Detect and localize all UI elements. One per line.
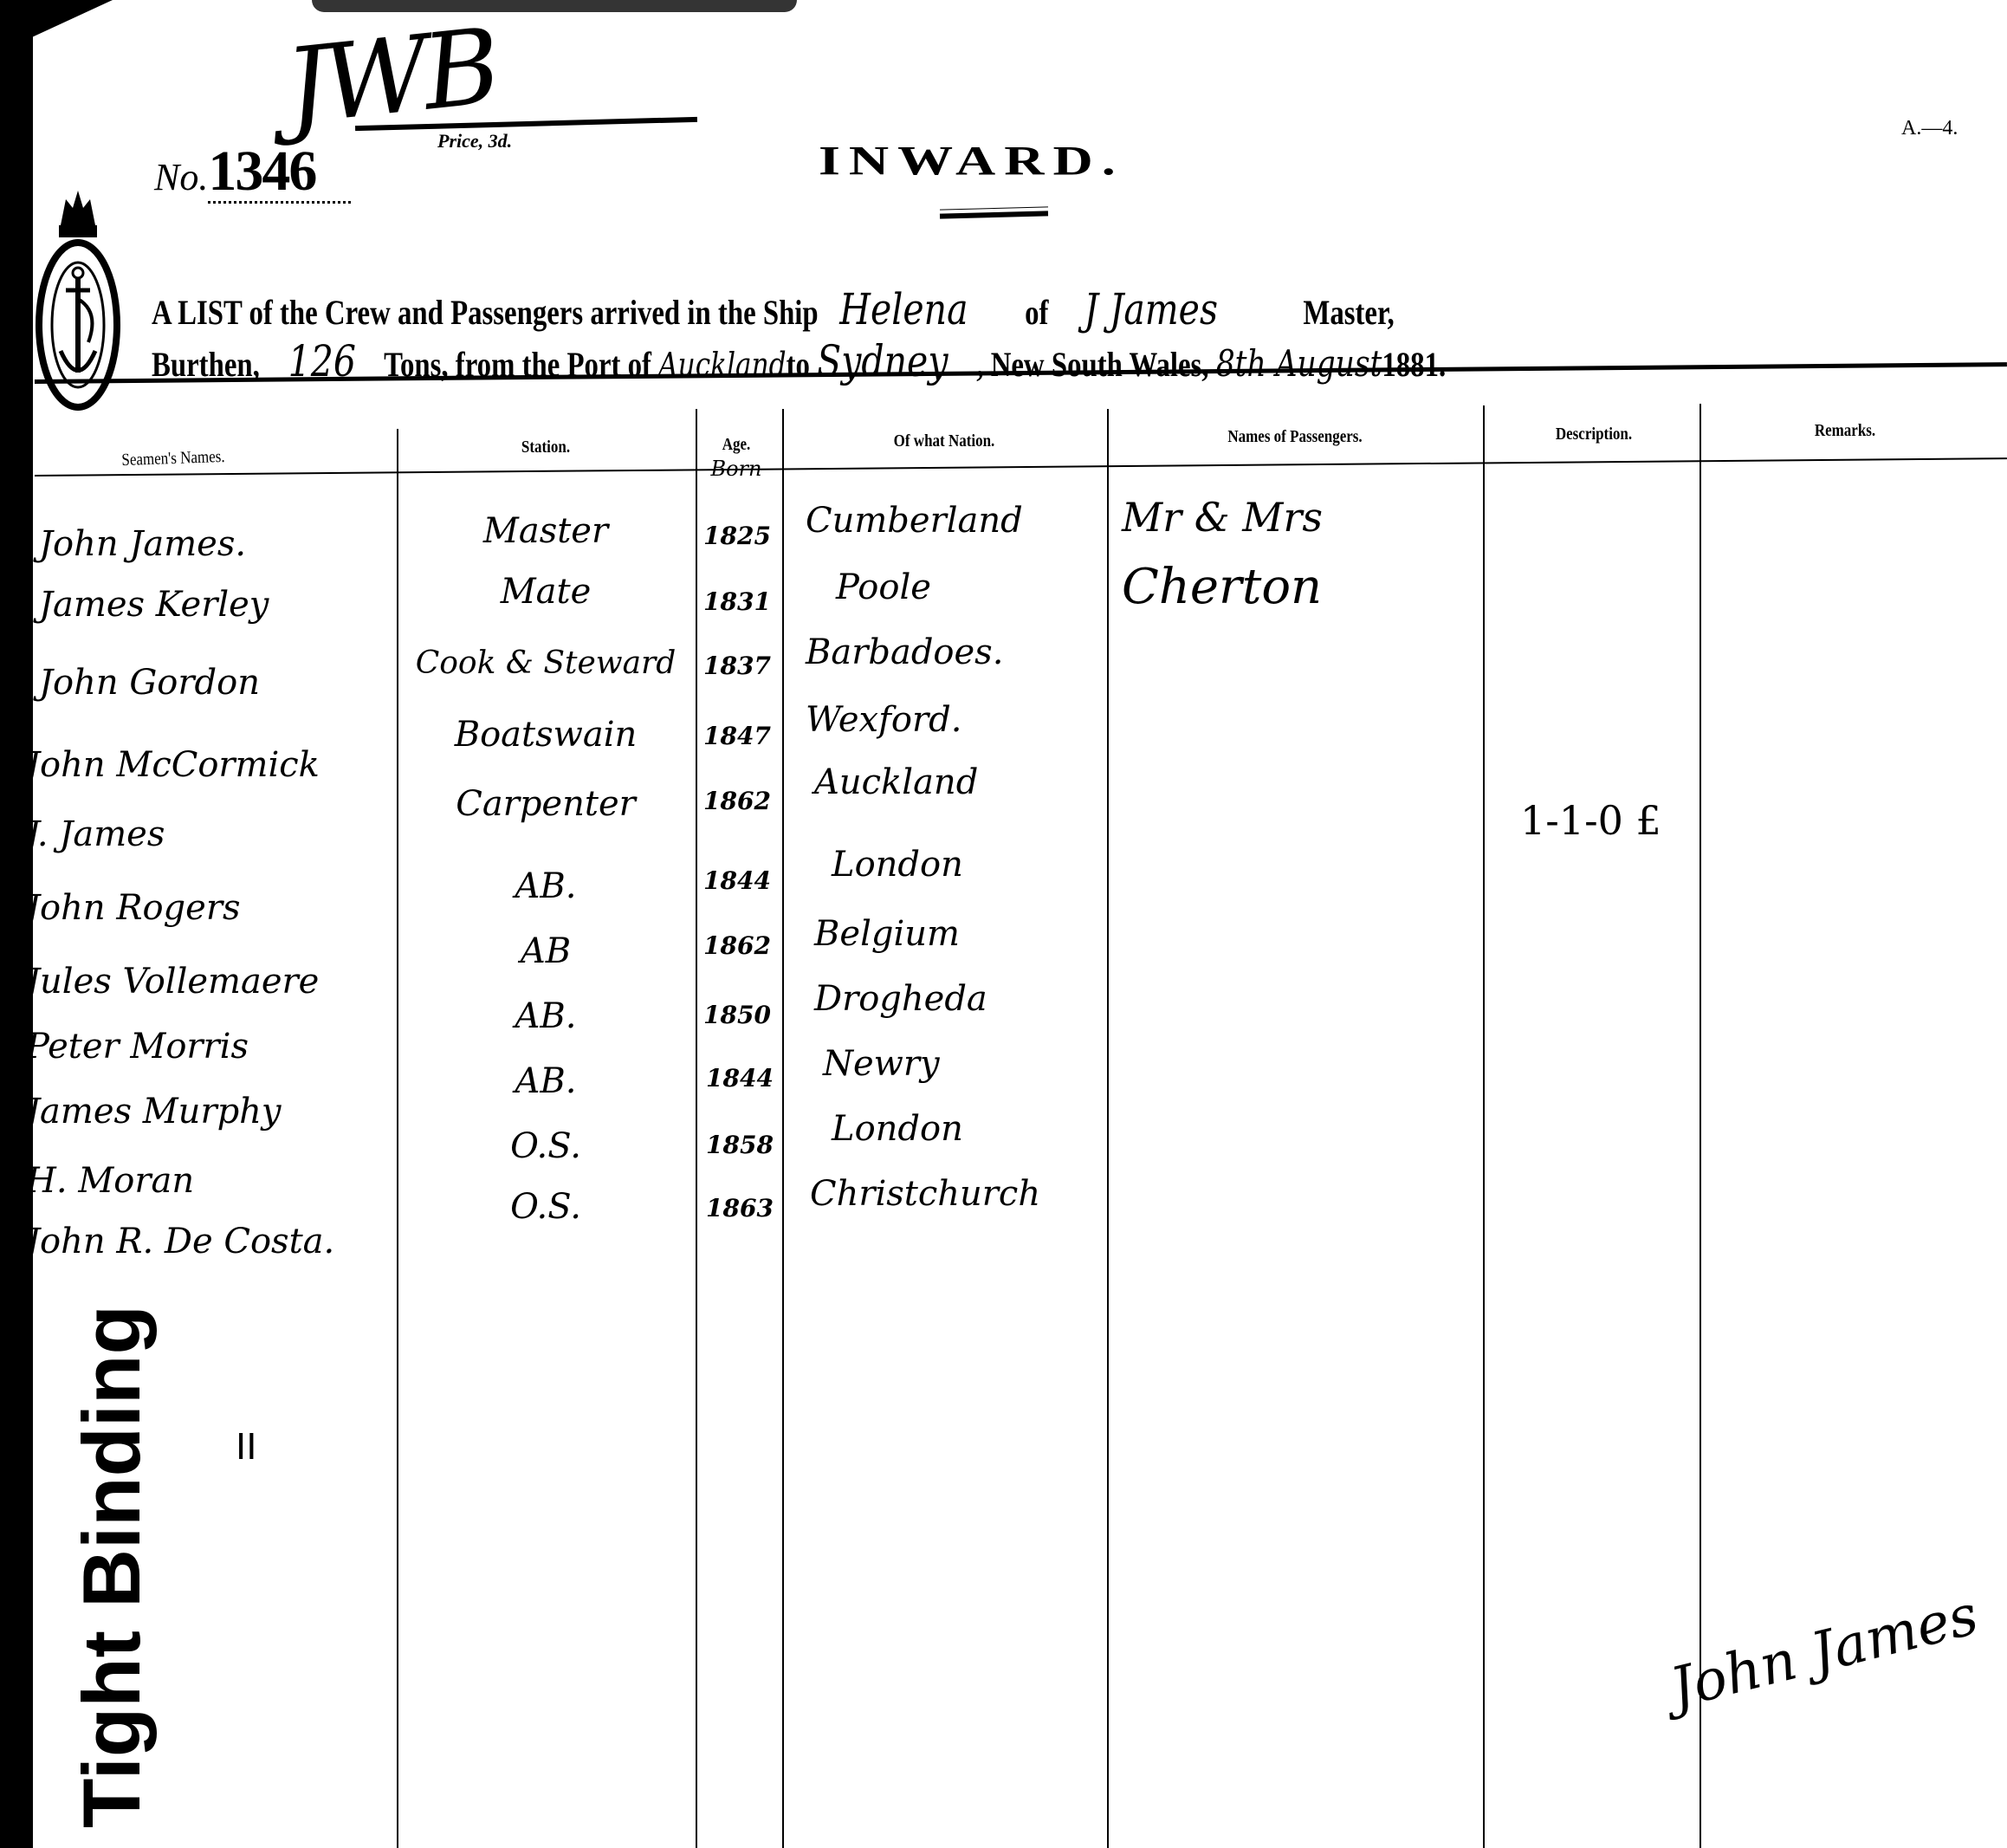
crew-birth-year: 1844 [703, 866, 771, 895]
crew-name: John Gordon [39, 663, 260, 703]
margin-mark: II [236, 1425, 256, 1469]
crew-birth-year: 1858 [706, 1131, 774, 1159]
crew-name: John R. De Costa. [26, 1222, 334, 1261]
crew-station: AB. [398, 866, 693, 906]
age-born-annotation: Born [706, 457, 767, 481]
crew-birth-year: 1850 [703, 1001, 771, 1029]
crew-nation: Wexford. [806, 700, 961, 740]
of-label: of [1025, 293, 1048, 332]
column-header-station: Station. [480, 438, 612, 457]
crew-station: Cook & Steward [398, 645, 693, 681]
column-divider [1483, 405, 1485, 1848]
crew-nation: Cumberland [806, 501, 1023, 541]
crew-birth-year: 1862 [703, 931, 771, 960]
page-title: INWARD. [819, 137, 1124, 185]
form-number: No.1346 [154, 139, 315, 204]
crew-name: Jules Vollemaere [26, 962, 319, 1002]
ship-name: Helena [839, 284, 968, 334]
crew-station: O.S. [398, 1126, 693, 1166]
crew-station: AB. [398, 996, 693, 1036]
column-header-passengers: Names of Passengers. [1174, 427, 1417, 447]
port-to: Sydney [817, 336, 948, 386]
crew-name: H. Moran [26, 1161, 194, 1201]
crew-station: Mate [398, 572, 693, 612]
title-underline-thin [940, 206, 1048, 210]
form-number-dotted-line [208, 201, 351, 204]
column-header-seamens-names: Seamen's Names. [107, 446, 240, 470]
crew-station: AB. [398, 1061, 693, 1101]
crew-birth-year: 1844 [706, 1064, 774, 1093]
crew-birth-year: 1862 [703, 787, 771, 815]
crew-nation: London [832, 845, 963, 885]
crew-birth-year: 1825 [703, 522, 771, 550]
shipping-department-seal-icon [35, 182, 121, 451]
passenger-title: Mr & Mrs [1122, 494, 1323, 541]
master-name: J James [1084, 284, 1218, 334]
crew-name: John Rogers [26, 888, 240, 928]
crew-station: Boatswain [398, 715, 693, 755]
description-note: 1-1-0 £ [1520, 797, 1661, 844]
crew-birth-year: 1847 [703, 722, 771, 750]
crew-name: Peter Morris [26, 1027, 249, 1067]
crew-nation: Belgium [814, 914, 960, 954]
crew-station: AB [398, 931, 693, 971]
column-header-nation: Of what Nation. [841, 431, 1047, 451]
crew-name: James Kerley [39, 585, 269, 625]
crew-nation: Auckland [814, 762, 978, 802]
column-header-description: Description. [1520, 425, 1667, 444]
crew-nation: Barbadoes. [806, 632, 1003, 672]
page-top-blot [312, 0, 797, 12]
arrival-date: 8th August [1216, 342, 1382, 385]
title-underline [940, 211, 1048, 218]
crew-nation: Christchurch [810, 1174, 1040, 1214]
nsw-label: , New South Wales, [976, 345, 1208, 384]
page-corner-shadow [0, 0, 113, 52]
column-divider [1699, 404, 1701, 1848]
column-header-remarks: Remarks. [1771, 421, 1919, 441]
tight-binding-stamp: Tight Binding [65, 1305, 159, 1828]
column-header-divider [35, 457, 2007, 477]
crew-station: Carpenter [398, 784, 693, 824]
form-number-value: 1346 [208, 139, 315, 203]
column-divider [1107, 409, 1109, 1848]
form-code: A.—4. [1901, 117, 1958, 140]
crew-name: J. James [26, 814, 165, 854]
crew-birth-year: 1863 [706, 1194, 774, 1222]
header-line-ship: A LIST of the Crew and Passengers arrive… [152, 284, 1395, 334]
column-header-age: Age. [710, 435, 762, 455]
master-label: Master, [1303, 293, 1394, 332]
crew-nation: Poole [836, 567, 931, 607]
to-label: to [787, 345, 810, 384]
column-divider [696, 409, 697, 1848]
crew-birth-year: 1837 [703, 652, 771, 680]
master-signature: John James [1664, 1583, 1984, 1721]
form-number-label: No. [154, 156, 208, 198]
crew-birth-year: 1831 [703, 587, 771, 616]
price-label: Price, 3d. [437, 130, 512, 152]
crew-nation: Newry [823, 1044, 940, 1084]
crew-name: John McCormick [26, 745, 320, 785]
crew-name: James Murphy [26, 1092, 282, 1131]
crew-station: Master [398, 511, 693, 551]
column-divider [782, 409, 784, 1848]
header-line1-prefix: A LIST of the Crew and Passengers arrive… [152, 293, 819, 332]
arrival-year: 1881. [1382, 345, 1446, 384]
passenger-surname: Cherton [1122, 559, 1322, 615]
crew-nation: London [832, 1109, 963, 1149]
crew-station: O.S. [398, 1187, 693, 1227]
crew-name: John James. [39, 524, 246, 564]
crew-nation: Drogheda [814, 979, 987, 1019]
